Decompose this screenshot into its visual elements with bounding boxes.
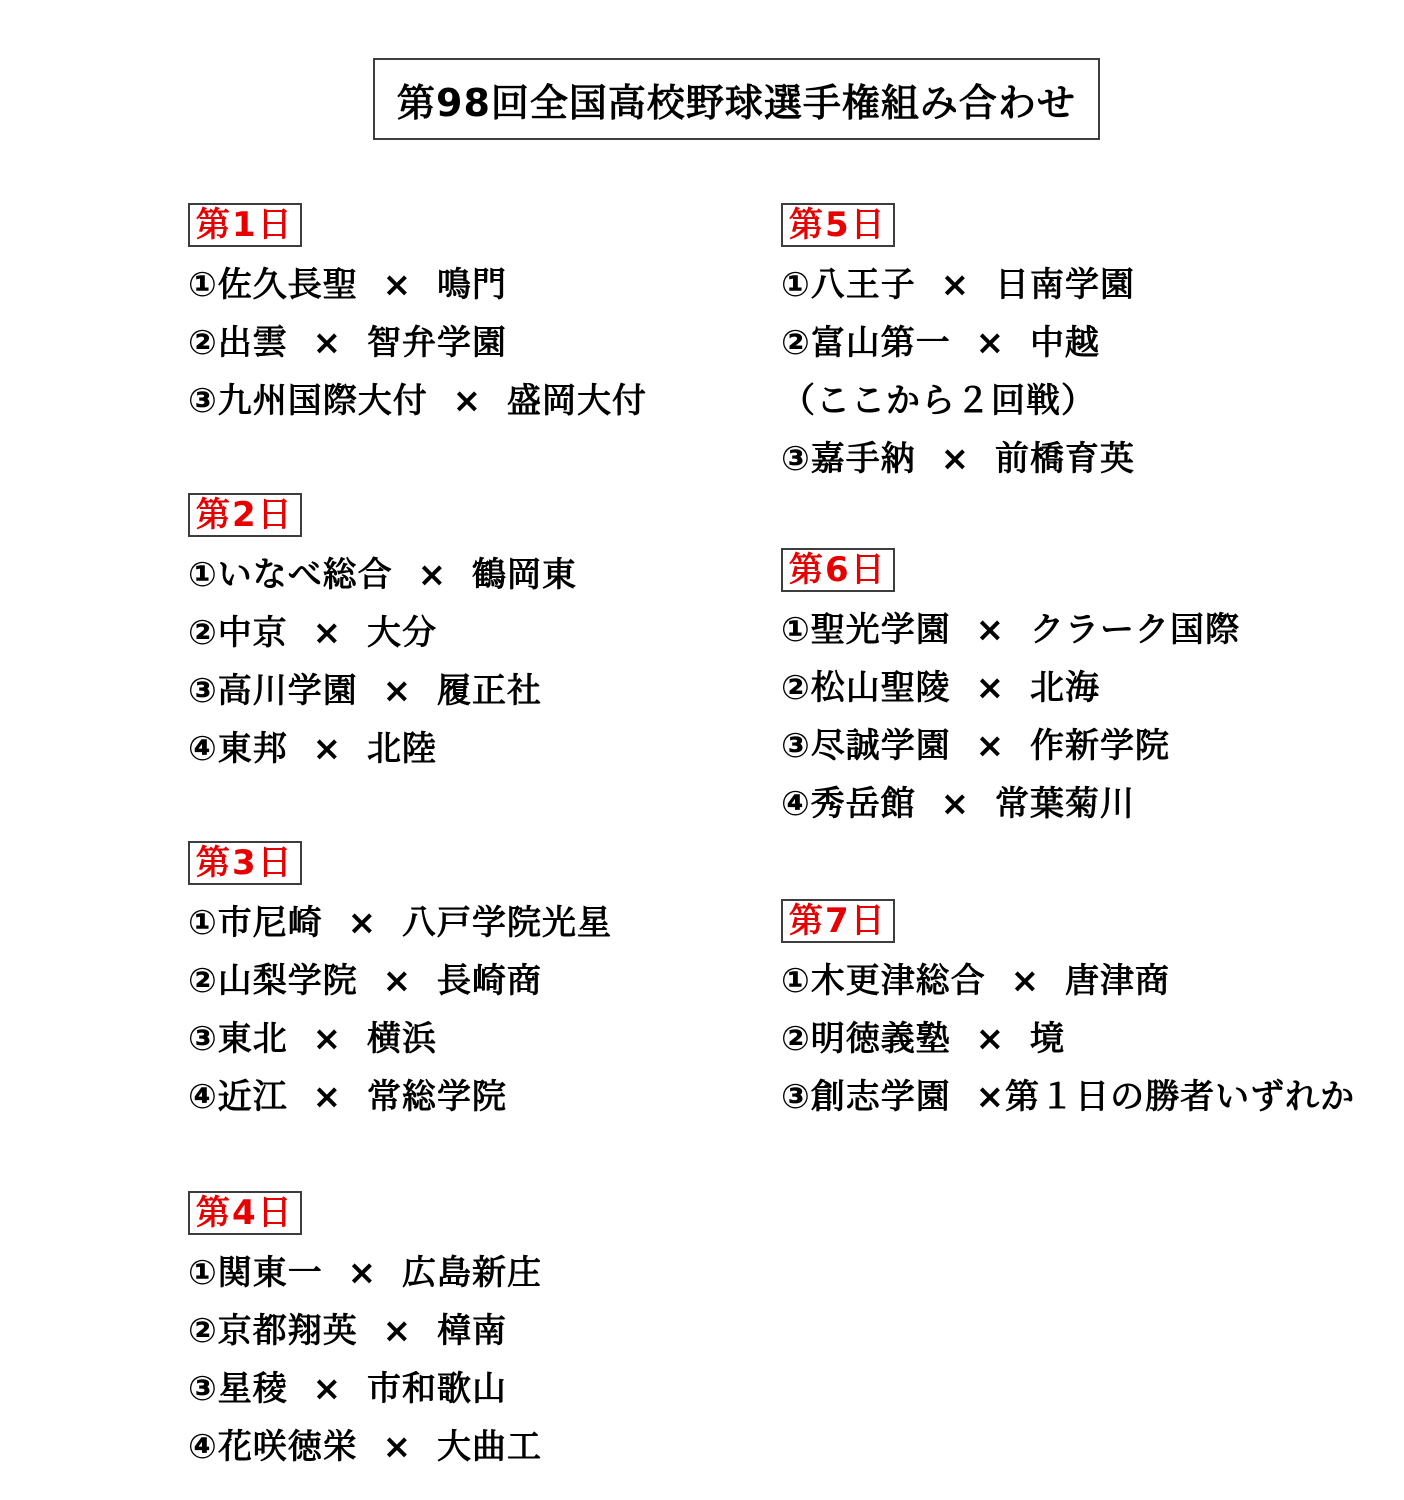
day-5-game-2: ②富山第一 × 中越 bbox=[781, 323, 1135, 363]
day-1-game-3: ③九州国際大付 × 盛岡大付 bbox=[188, 381, 647, 421]
day-5-game-1: ①八王子 × 日南学園 bbox=[781, 265, 1135, 305]
day-5-section: 第5日 ①八王子 × 日南学園 ②富山第一 × 中越 （ここから２回戦） ③嘉手… bbox=[781, 203, 1135, 479]
day-6-game-1: ①聖光学園 × クラーク国際 bbox=[781, 610, 1240, 650]
day-3-game-4: ④近江 × 常総学院 bbox=[188, 1077, 612, 1117]
day-1-game-1: ①佐久長聖 × 鳴門 bbox=[188, 265, 647, 305]
day-3-game-1: ①市尼崎 × 八戸学院光星 bbox=[188, 903, 612, 943]
day-7-game-1: ①木更津総合 × 唐津商 bbox=[781, 961, 1355, 1001]
document-page: 第98回全国高校野球選手権組み合わせ 第1日 ①佐久長聖 × 鳴門 ②出雲 × … bbox=[0, 0, 1404, 1500]
day-3-game-2: ②山梨学院 × 長崎商 bbox=[188, 961, 612, 1001]
day-7-game-3: ③創志学園 ×第１日の勝者いずれか bbox=[781, 1077, 1355, 1117]
day-6-game-3: ③尽誠学園 × 作新学院 bbox=[781, 726, 1240, 766]
title-box: 第98回全国高校野球選手権組み合わせ bbox=[373, 58, 1100, 140]
day-5-game-3: ③嘉手納 × 前橋育英 bbox=[781, 439, 1135, 479]
day-4-game-3: ③星稜 × 市和歌山 bbox=[188, 1369, 542, 1409]
day-3-header: 第3日 bbox=[188, 841, 302, 885]
day-7-header: 第7日 bbox=[781, 899, 895, 943]
day-4-game-2: ②京都翔英 × 樟南 bbox=[188, 1311, 542, 1351]
day-1-section: 第1日 ①佐久長聖 × 鳴門 ②出雲 × 智弁学園 ③九州国際大付 × 盛岡大付 bbox=[188, 203, 647, 421]
day-6-game-4: ④秀岳館 × 常葉菊川 bbox=[781, 784, 1240, 824]
day-3-section: 第3日 ①市尼崎 × 八戸学院光星 ②山梨学院 × 長崎商 ③東北 × 横浜 ④… bbox=[188, 841, 612, 1117]
day-4-game-1: ①関東一 × 広島新庄 bbox=[188, 1253, 542, 1293]
day-2-header: 第2日 bbox=[188, 493, 302, 537]
day-4-section: 第4日 ①関東一 × 広島新庄 ②京都翔英 × 樟南 ③星稜 × 市和歌山 ④花… bbox=[188, 1191, 542, 1467]
day-2-game-3: ③高川学園 × 履正社 bbox=[188, 671, 577, 711]
day-3-game-3: ③東北 × 横浜 bbox=[188, 1019, 612, 1059]
day-7-game-2: ②明徳義塾 × 境 bbox=[781, 1019, 1355, 1059]
day-4-game-4: ④花咲徳栄 × 大曲工 bbox=[188, 1427, 542, 1467]
day-1-game-2: ②出雲 × 智弁学園 bbox=[188, 323, 647, 363]
day-6-game-2: ②松山聖陵 × 北海 bbox=[781, 668, 1240, 708]
day-5-round2-note: （ここから２回戦） bbox=[781, 381, 1135, 421]
day-2-section: 第2日 ①いなべ総合 × 鶴岡東 ②中京 × 大分 ③高川学園 × 履正社 ④東… bbox=[188, 493, 577, 769]
day-2-game-4: ④東邦 × 北陸 bbox=[188, 729, 577, 769]
day-6-header: 第6日 bbox=[781, 548, 895, 592]
page-title: 第98回全国高校野球選手権組み合わせ bbox=[397, 72, 1076, 127]
day-4-header: 第4日 bbox=[188, 1191, 302, 1235]
day-1-header: 第1日 bbox=[188, 203, 302, 247]
day-6-section: 第6日 ①聖光学園 × クラーク国際 ②松山聖陵 × 北海 ③尽誠学園 × 作新… bbox=[781, 548, 1240, 824]
day-2-game-1: ①いなべ総合 × 鶴岡東 bbox=[188, 555, 577, 595]
day-5-header: 第5日 bbox=[781, 203, 895, 247]
day-7-section: 第7日 ①木更津総合 × 唐津商 ②明徳義塾 × 境 ③創志学園 ×第１日の勝者… bbox=[781, 899, 1355, 1117]
day-2-game-2: ②中京 × 大分 bbox=[188, 613, 577, 653]
